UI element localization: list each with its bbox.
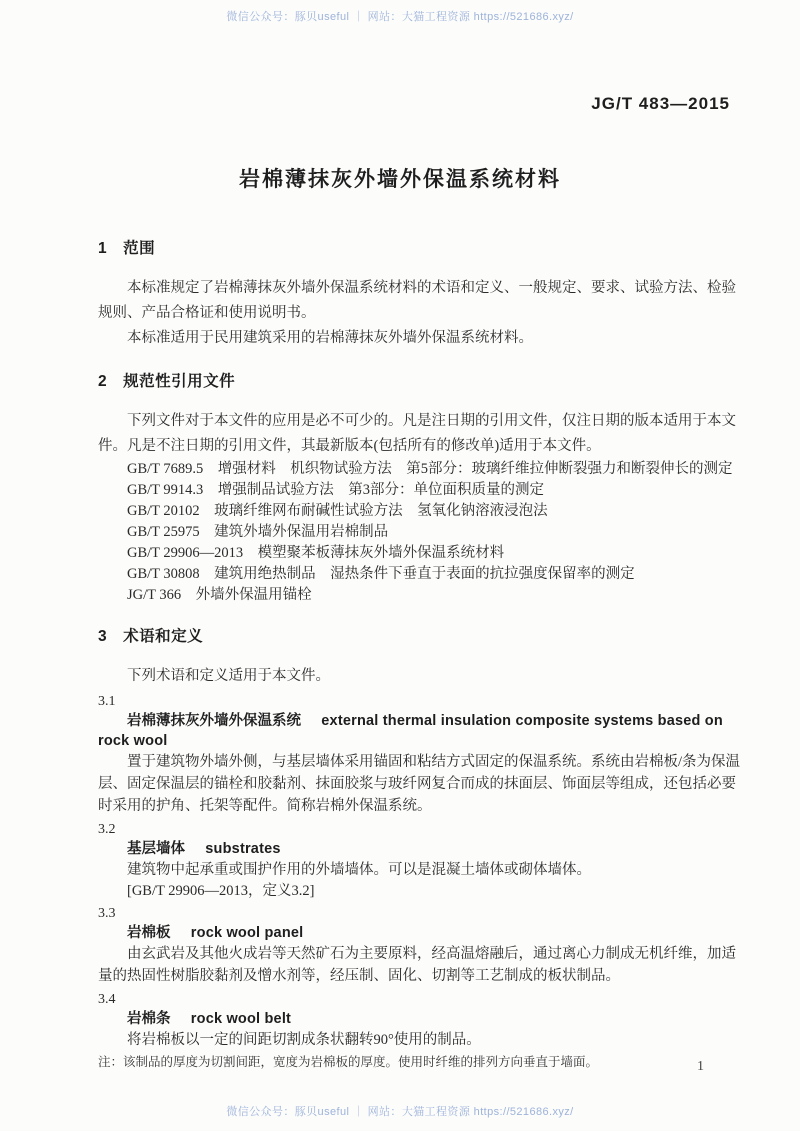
- page-number: 1: [697, 1059, 704, 1075]
- section-terms-heading: 3 术语和定义: [98, 626, 742, 648]
- term-name-en: rock wool panel: [191, 925, 304, 941]
- reference-item: GB/T 7689.5 增强材料 机织物试验方法 第5部分：玻璃纤维拉伸断裂强力…: [98, 459, 742, 480]
- watermark-top: 微信公众号：豚贝useful ｜ 网站：大猫工程资源 https://52168…: [0, 8, 800, 24]
- term-3-2: 3.2 基层墙体substrates 建筑物中起承重或围护作用的外墙墙体。可以是…: [98, 821, 742, 901]
- scope-paragraph-1: 本标准规定了岩棉薄抹灰外墙外保温系统材料的术语和定义、一般规定、要求、试验方法、…: [98, 276, 742, 326]
- section-references-heading: 2 规范性引用文件: [98, 371, 742, 393]
- scope-paragraph-2: 本标准适用于民用建筑采用的岩棉薄抹灰外墙外保温系统材料。: [98, 326, 742, 351]
- term-name: 基层墙体substrates: [98, 839, 742, 859]
- document-title: 岩棉薄抹灰外墙外保温系统材料: [0, 163, 800, 193]
- document-page: 微信公众号：豚贝useful ｜ 网站：大猫工程资源 https://52168…: [0, 0, 800, 1131]
- reference-item: GB/T 20102 玻璃纤维网布耐碱性试验方法 氢氧化钠溶液浸泡法: [98, 501, 742, 522]
- term-3-4: 3.4 岩棉条rock wool belt 将岩棉板以一定的间距切割成条状翻转9…: [98, 991, 742, 1071]
- reference-item: GB/T 30808 建筑用绝热制品 湿热条件下垂直于表面的抗拉强度保留率的测定: [98, 564, 742, 585]
- term-number: 3.4: [98, 991, 742, 1009]
- term-name-zh: 岩棉薄抹灰外墙外保温系统: [127, 713, 301, 729]
- watermark-bottom: 微信公众号：豚贝useful ｜ 网站：大猫工程资源 https://52168…: [0, 1103, 800, 1119]
- standard-code: JG/T 483—2015: [591, 94, 730, 114]
- term-note: 注：该制品的厚度为切割间距，宽度为岩棉板的厚度。使用时纤维的排列方向垂直于墙面。: [98, 1053, 742, 1071]
- term-number: 3.3: [98, 905, 742, 923]
- term-name-zh: 岩棉板: [127, 925, 171, 941]
- term-name-zh: 基层墙体: [127, 841, 185, 857]
- section-scope-heading: 1 范围: [98, 238, 742, 260]
- term-definition: 由玄武岩及其他火成岩等天然矿石为主要原料，经高温熔融后，通过离心力制成无机纤维，…: [98, 943, 742, 987]
- reference-item: JG/T 366 外墙外保温用锚栓: [98, 585, 742, 606]
- term-name: 岩棉条rock wool belt: [98, 1009, 742, 1029]
- term-3-1: 3.1 岩棉薄抹灰外墙外保温系统external thermal insulat…: [98, 693, 742, 817]
- term-name: 岩棉薄抹灰外墙外保温系统external thermal insulation …: [98, 711, 742, 751]
- term-number: 3.2: [98, 821, 742, 839]
- references-intro: 下列文件对于本文件的应用是必不可少的。凡是注日期的引用文件，仅注日期的版本适用于…: [98, 409, 742, 459]
- reference-item: GB/T 25975 建筑外墙外保温用岩棉制品: [98, 522, 742, 543]
- term-name: 岩棉板rock wool panel: [98, 923, 742, 943]
- term-name-en: rock wool belt: [191, 1011, 291, 1027]
- document-body: 1 范围 本标准规定了岩棉薄抹灰外墙外保温系统材料的术语和定义、一般规定、要求、…: [98, 230, 742, 1071]
- term-definition: 将岩棉板以一定的间距切割成条状翻转90°使用的制品。: [98, 1029, 742, 1051]
- term-definition: 建筑物中起承重或围护作用的外墙墙体。可以是混凝土墙体或砌体墙体。: [98, 859, 742, 881]
- terms-intro: 下列术语和定义适用于本文件。: [98, 664, 742, 689]
- term-name-en: substrates: [205, 841, 280, 857]
- term-source: [GB/T 29906—2013，定义3.2]: [98, 881, 742, 901]
- reference-item: GB/T 9914.3 增强制品试验方法 第3部分：单位面积质量的测定: [98, 480, 742, 501]
- references-list: GB/T 7689.5 增强材料 机织物试验方法 第5部分：玻璃纤维拉伸断裂强力…: [98, 459, 742, 606]
- term-3-3: 3.3 岩棉板rock wool panel 由玄武岩及其他火成岩等天然矿石为主…: [98, 905, 742, 987]
- term-name-zh: 岩棉条: [127, 1011, 171, 1027]
- reference-item: GB/T 29906—2013 模塑聚苯板薄抹灰外墙外保温系统材料: [98, 543, 742, 564]
- term-number: 3.1: [98, 693, 742, 711]
- term-definition: 置于建筑物外墙外侧，与基层墙体采用锚固和粘结方式固定的保温系统。系统由岩棉板/条…: [98, 751, 742, 817]
